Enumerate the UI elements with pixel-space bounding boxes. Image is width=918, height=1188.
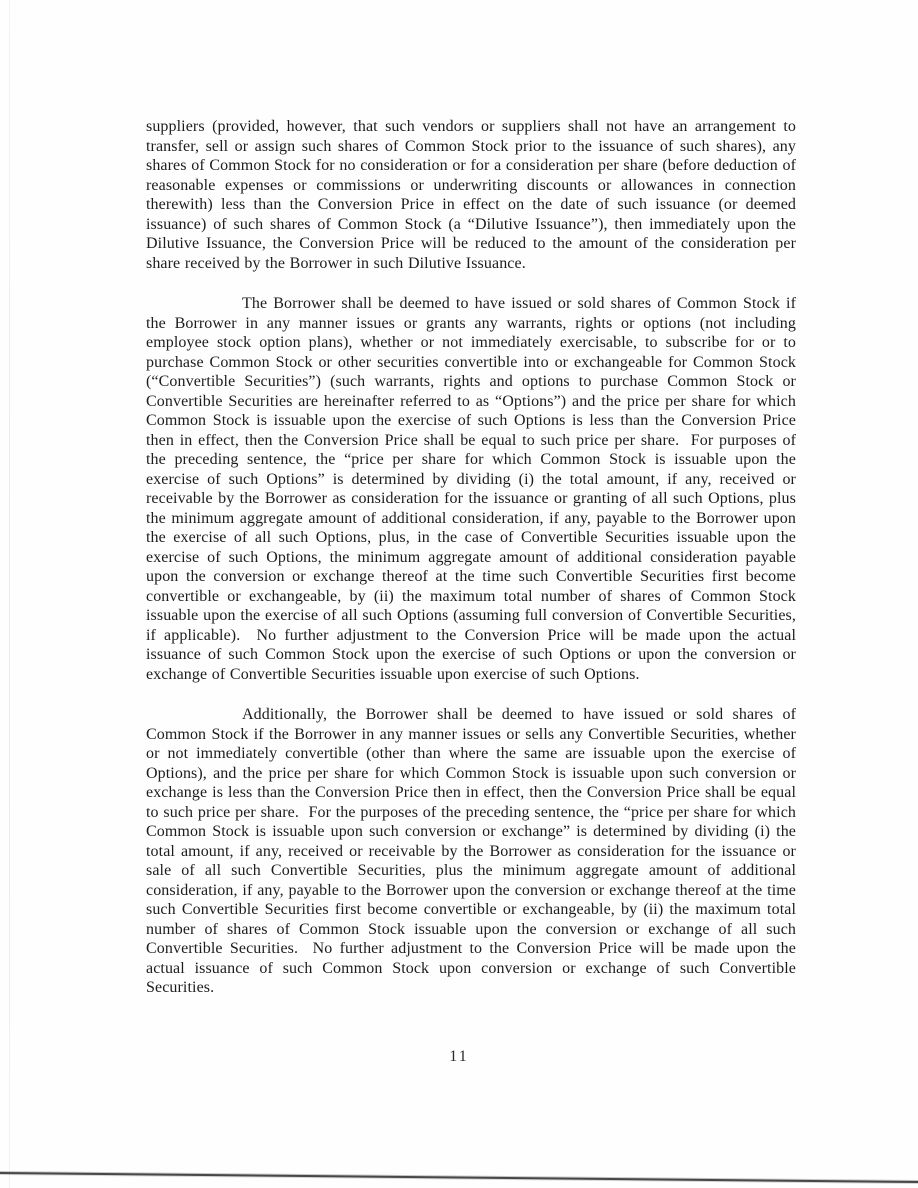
scan-artifact-left-edge [9, 0, 10, 1188]
paragraph-options-deemed-issuance: The Borrower shall be deemed to have iss… [146, 294, 796, 684]
paragraph-convertible-securities-deemed-issuance: Additionally, the Borrower shall be deem… [146, 705, 796, 998]
document-body: suppliers (provided, however, that such … [146, 117, 796, 1019]
scanned-document-page: suppliers (provided, however, that such … [0, 0, 918, 1188]
scan-artifact-bottom-line [0, 1172, 918, 1183]
paragraph-dilutive-issuance: suppliers (provided, however, that such … [146, 117, 796, 273]
page-number: 11 [0, 1048, 918, 1066]
